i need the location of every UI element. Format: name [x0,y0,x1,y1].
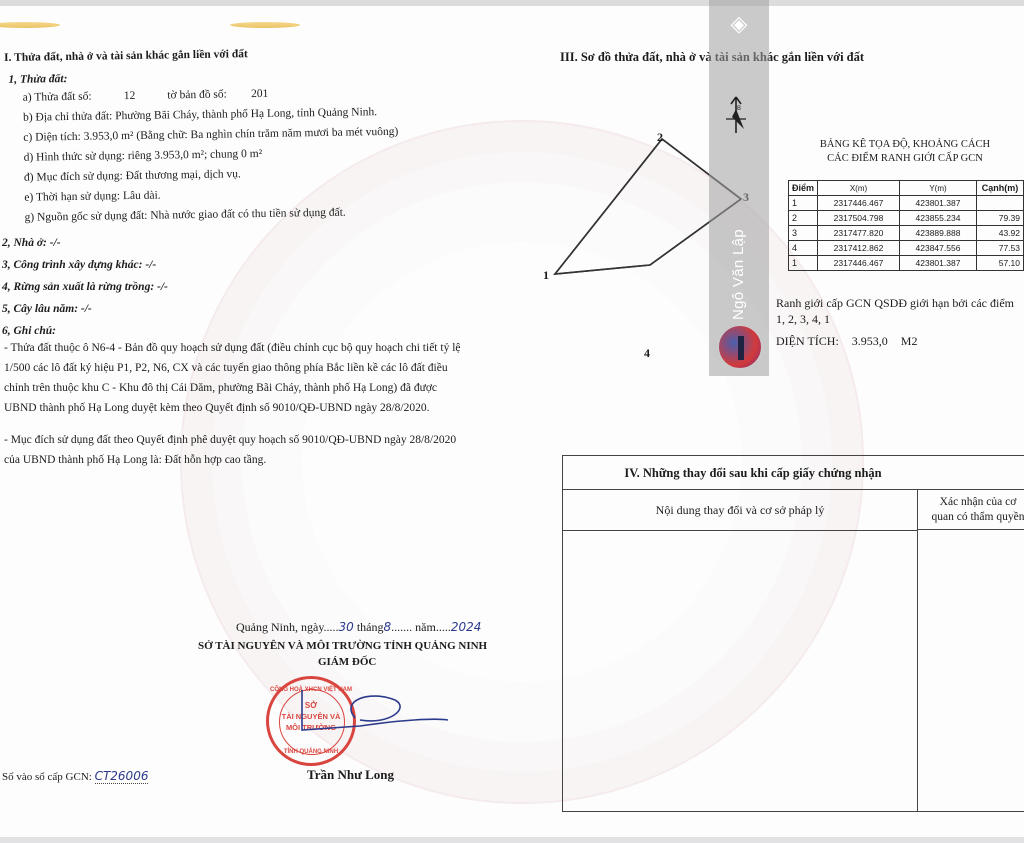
table-cell-edge: 43.92 [977,226,1024,241]
table-cell-y: 423801.387 [899,196,976,211]
table-cell-x: 2317446.467 [818,196,900,211]
area-in-words: (Bằng chữ: Ba nghìn chín trăm năm mươi b… [136,126,398,142]
note-item: - Thửa đất thuộc ô N6-4 - Bản đồ quy hoạ… [4,338,470,418]
signer-role: GIÁM ĐỐC [318,656,376,668]
table-title-line: CÁC ĐIỂM RANH GIỚI CẤP GCN [790,152,1020,166]
issuing-organization: SỞ TÀI NGUYÊN VÀ MÔI TRƯỜNG TỈNH QUẢNG N… [198,640,487,652]
parcel-address: b) Địa chỉ thửa đất: Phường Bãi Cháy, th… [23,106,377,124]
column-header: Điểm [789,181,818,196]
table-cell-edge: 57.10 [977,256,1024,271]
diagram-area-label: DIỆN TÍCH: [776,334,839,348]
header-line: Xác nhận của cơ [918,495,1024,510]
vertex-label: 1 [543,268,549,283]
vertex-label: 2 [657,130,663,145]
table-row: 12317446.467423801.387 [789,196,1024,211]
parcel-number: 12 [94,89,164,102]
table-cell-x: 2317504.798 [818,211,900,226]
table-cell-x: 2317477.820 [818,226,900,241]
date-year: 2024 [451,620,482,634]
forest-item: 4, Rừng sản xuất là rừng trồng: -/- [2,281,168,293]
table-row: 22317504.798423855.23479.39 [789,211,1024,226]
header-line: quan có thẩm quyền [918,510,1024,525]
table-cell-x: 2317446.467 [818,256,900,271]
area-value: 3.953,0 [84,130,119,143]
boundary-points: 1, 2, 3, 4, 1 [776,311,1014,327]
boundary-description: Ranh giới cấp GCN QSDĐ giới hạn bởi các … [776,295,1014,349]
section-land-info: I. Thửa đất, nhà ở và tài sản khác gắn l… [4,45,474,52]
date-month: 8 [384,620,392,634]
month-label: tháng [357,620,384,634]
gcn-register-label: Số vào sổ cấp GCN: [2,771,92,783]
author-watermark: Ngô Văn Lập [730,229,747,320]
house-item: 2, Nhà ở: -/- [2,237,61,249]
parcel-area-row: c) Diện tích: 3.953,0 m² (Bằng chữ: Ba n… [23,126,398,144]
table-header-row: Điểm X(m) Y(m) Cạnh(m) [789,181,1024,196]
note-item: - Mục đích sử dụng đất theo Quyết định p… [4,430,470,470]
changes-table: IV. Những thay đổi sau khi cấp giấy chứn… [562,455,1024,812]
signer-name: Trần Như Long [307,767,394,783]
date-prefix: Quảng Ninh, ngày [236,620,324,634]
column-header-content: Nội dung thay đổi và cơ sở pháp lý [563,490,918,531]
changes-title: IV. Những thay đổi sau khi cấp giấy chứn… [563,456,1024,490]
diagram-area-value: 3.953,0 [852,334,888,348]
map-sheet-number: 201 [230,88,290,101]
usage-form: d) Hình thức sử dụng: riêng 3.953,0 m²; … [24,148,263,164]
table-cell-y: 423847.556 [899,241,976,256]
other-construction-item: 3, Công trình xây dựng khác: -/- [2,259,156,271]
usage-term: e) Thời hạn sử dụng: Lâu dài. [24,190,161,204]
map-sheet-label: tờ bản đồ số: [167,89,227,102]
table-cell-y: 423855.234 [899,211,976,226]
column-header-confirmation: Xác nhận của cơ quan có thẩm quyền [918,490,1024,530]
diagram-area-unit: M2 [901,334,918,348]
diamond-stack-icon: ◈ [726,10,752,38]
table-cell-y: 423889.888 [899,226,976,241]
diagram-area: DIỆN TÍCH: 3.953,0 M2 [776,333,1014,349]
section-title: I. Thửa đất, nhà ở và tài sản khác gắn l… [4,48,248,64]
table-row: 32317477.820423889.88843.92 [789,226,1024,241]
area-unit: m² [121,130,134,142]
date-day: 30 [339,620,354,634]
usage-origin: g) Nguồn gốc sử dụng đất: Nhà nước giao … [25,207,346,224]
coordinates-table: Điểm X(m) Y(m) Cạnh(m) 12317446.46742380… [788,180,1024,271]
perennial-item: 5, Cây lâu năm: -/- [2,303,92,315]
boundary-line: Ranh giới cấp GCN QSDĐ giới hạn bởi các … [776,295,1014,311]
changes-content-cell [563,531,917,811]
table-title-line: BẢNG KÊ TỌA ĐỘ, KHOẢNG CÁCH [790,138,1020,152]
paper-fold-mark [230,22,300,28]
gcn-register: Số vào sổ cấp GCN: CT26006 [2,769,148,783]
sign-place-date: Quảng Ninh, ngày.....30 tháng8....... nă… [236,620,481,635]
column-header: Y(m) [899,181,976,196]
author-avatar [718,325,762,369]
bottom-edge-bar [0,837,1024,843]
parcel-heading: 1, Thửa đất: [8,73,67,86]
changes-confirmation-cell [919,531,1024,811]
handwritten-signature [300,690,450,740]
year-label: năm [415,620,436,634]
gcn-register-value: CT26006 [95,769,149,784]
table-row: 12317446.467423801.38757.10 [789,256,1024,271]
parcel-number-row: a) Thửa đất số: 12 tờ bản đồ số: 201 [23,88,290,104]
table-cell-edge: 79.39 [977,211,1024,226]
column-header: Cạnh(m) [977,181,1024,196]
stamp-text: TỈNH QUẢNG NINH [266,747,356,757]
usage-purpose: đ) Mục đích sử dụng: Đất thương mại, dịc… [24,168,241,183]
paper-fold-mark [0,22,60,28]
north-arrow-icon: B [724,95,748,135]
table-cell-edge: 77.53 [977,241,1024,256]
table-cell-x: 2317412.862 [818,241,900,256]
table-cell-point: 4 [789,241,818,256]
table-cell-point: 1 [789,196,818,211]
area-label: c) Diện tích: [23,131,81,144]
table-cell-point: 1 [789,256,818,271]
table-cell-point: 3 [789,226,818,241]
parcel-number-label: a) Thửa đất số: [23,91,92,104]
column-header: X(m) [818,181,900,196]
table-cell-point: 2 [789,211,818,226]
table-cell-edge [977,196,1024,211]
table-cell-y: 423801.387 [899,256,976,271]
coordinates-table-title: BẢNG KÊ TỌA ĐỘ, KHOẢNG CÁCH CÁC ĐIỂM RAN… [790,138,1020,166]
vertex-label: 4 [644,346,650,361]
notes-heading: 6, Ghi chú: [2,325,56,337]
svg-text:B: B [737,106,741,112]
top-edge-bar [0,0,1024,6]
table-row: 42317412.862423847.55677.53 [789,241,1024,256]
